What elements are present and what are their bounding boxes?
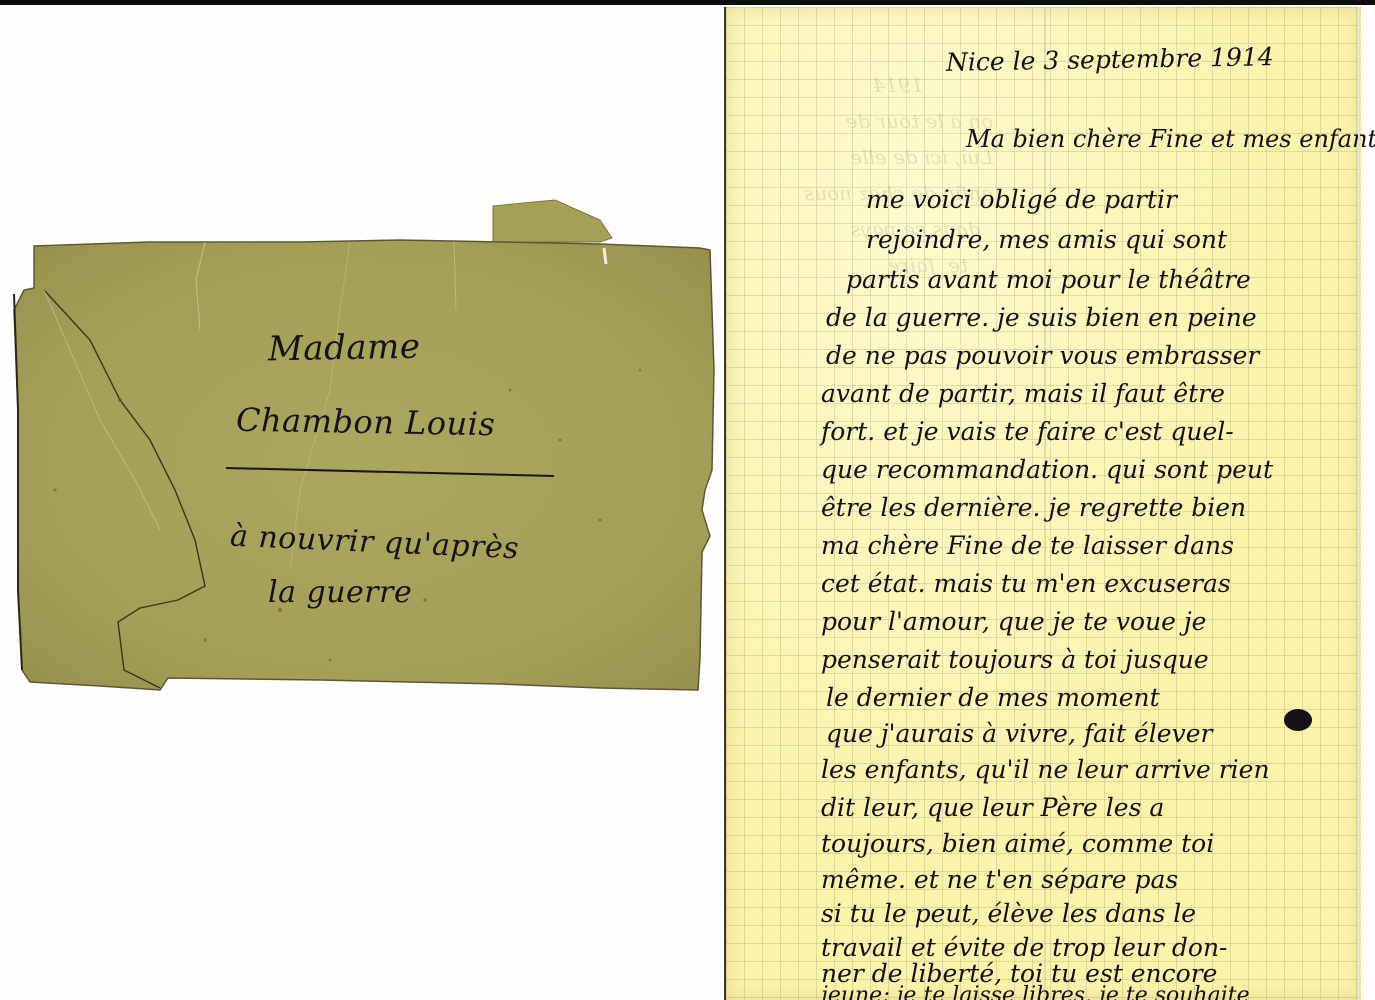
- letter-body-line: penserait toujours à toi jusque: [821, 645, 1209, 674]
- letter-body-line: de ne pas pouvoir vous embrasser: [826, 341, 1259, 370]
- letter-body-line: être les dernière. je regrette bien: [821, 493, 1246, 522]
- letter-body-line: partis avant moi pour le théâtre: [846, 265, 1251, 294]
- ink-blot: [1284, 709, 1312, 731]
- letter-body-line: avant de partir, mais il faut être: [821, 379, 1225, 408]
- letter-body-line: travail et évite de trop leur don-: [821, 933, 1228, 962]
- letter-body-line: fort. et je vais te faire c'est quel-: [821, 417, 1234, 446]
- envelope-instruction-line-2: la guerre: [268, 575, 412, 610]
- letter-body-line: que j'aurais à vivre, fait élever: [826, 719, 1212, 748]
- letter-body-line: le dernier de mes moment: [826, 683, 1160, 712]
- letter-body-line: les enfants, qu'il ne leur arrive rien: [821, 755, 1270, 784]
- letter-body-line: rejoindre, mes amis qui sont: [866, 225, 1227, 254]
- letter-body-line: que recommandation. qui sont peut: [821, 455, 1273, 484]
- letter-body-line: me voici obligé de partir: [866, 185, 1177, 214]
- scan-top-border: [0, 0, 1375, 5]
- letter-sheet: 1914 on a le tour de Lui, ici de elle en…: [724, 7, 1361, 1000]
- letter-body-line: toujours, bien aimé, comme toi: [821, 829, 1214, 858]
- letter-date: Nice le 3 septembre 1914: [946, 42, 1274, 77]
- letter-body-line: pour l'amour, que je te voue je: [821, 607, 1206, 636]
- letter-salutation: Ma bien chère Fine et mes enfants: [966, 125, 1375, 153]
- envelope-paper-shape: [0, 190, 730, 790]
- envelope-addressee-title: Madame: [268, 327, 421, 370]
- letter-body-line: dit leur, que leur Père les a: [821, 793, 1164, 822]
- envelope-addressee-name: Chambon Louis: [236, 401, 496, 444]
- letter-body-line: si tu le peut, élève les dans le: [821, 899, 1196, 928]
- letter-right-edge: [1358, 7, 1360, 1000]
- letter-body-line: ma chère Fine de te laisser dans: [821, 531, 1234, 560]
- letter-body-line: de la guerre. je suis bien en peine: [826, 303, 1257, 332]
- scanned-document: Madame Chambon Louis à nouvrir qu'après …: [0, 0, 1375, 1000]
- envelope: Madame Chambon Louis à nouvrir qu'après …: [0, 190, 730, 790]
- letter-body-line: même. et ne t'en sépare pas: [821, 865, 1178, 894]
- letter-body-line: cet état. mais tu m'en excuseras: [821, 569, 1231, 598]
- letter-body-line: jeune; je te laisse libres. je te souhai…: [821, 983, 1250, 1000]
